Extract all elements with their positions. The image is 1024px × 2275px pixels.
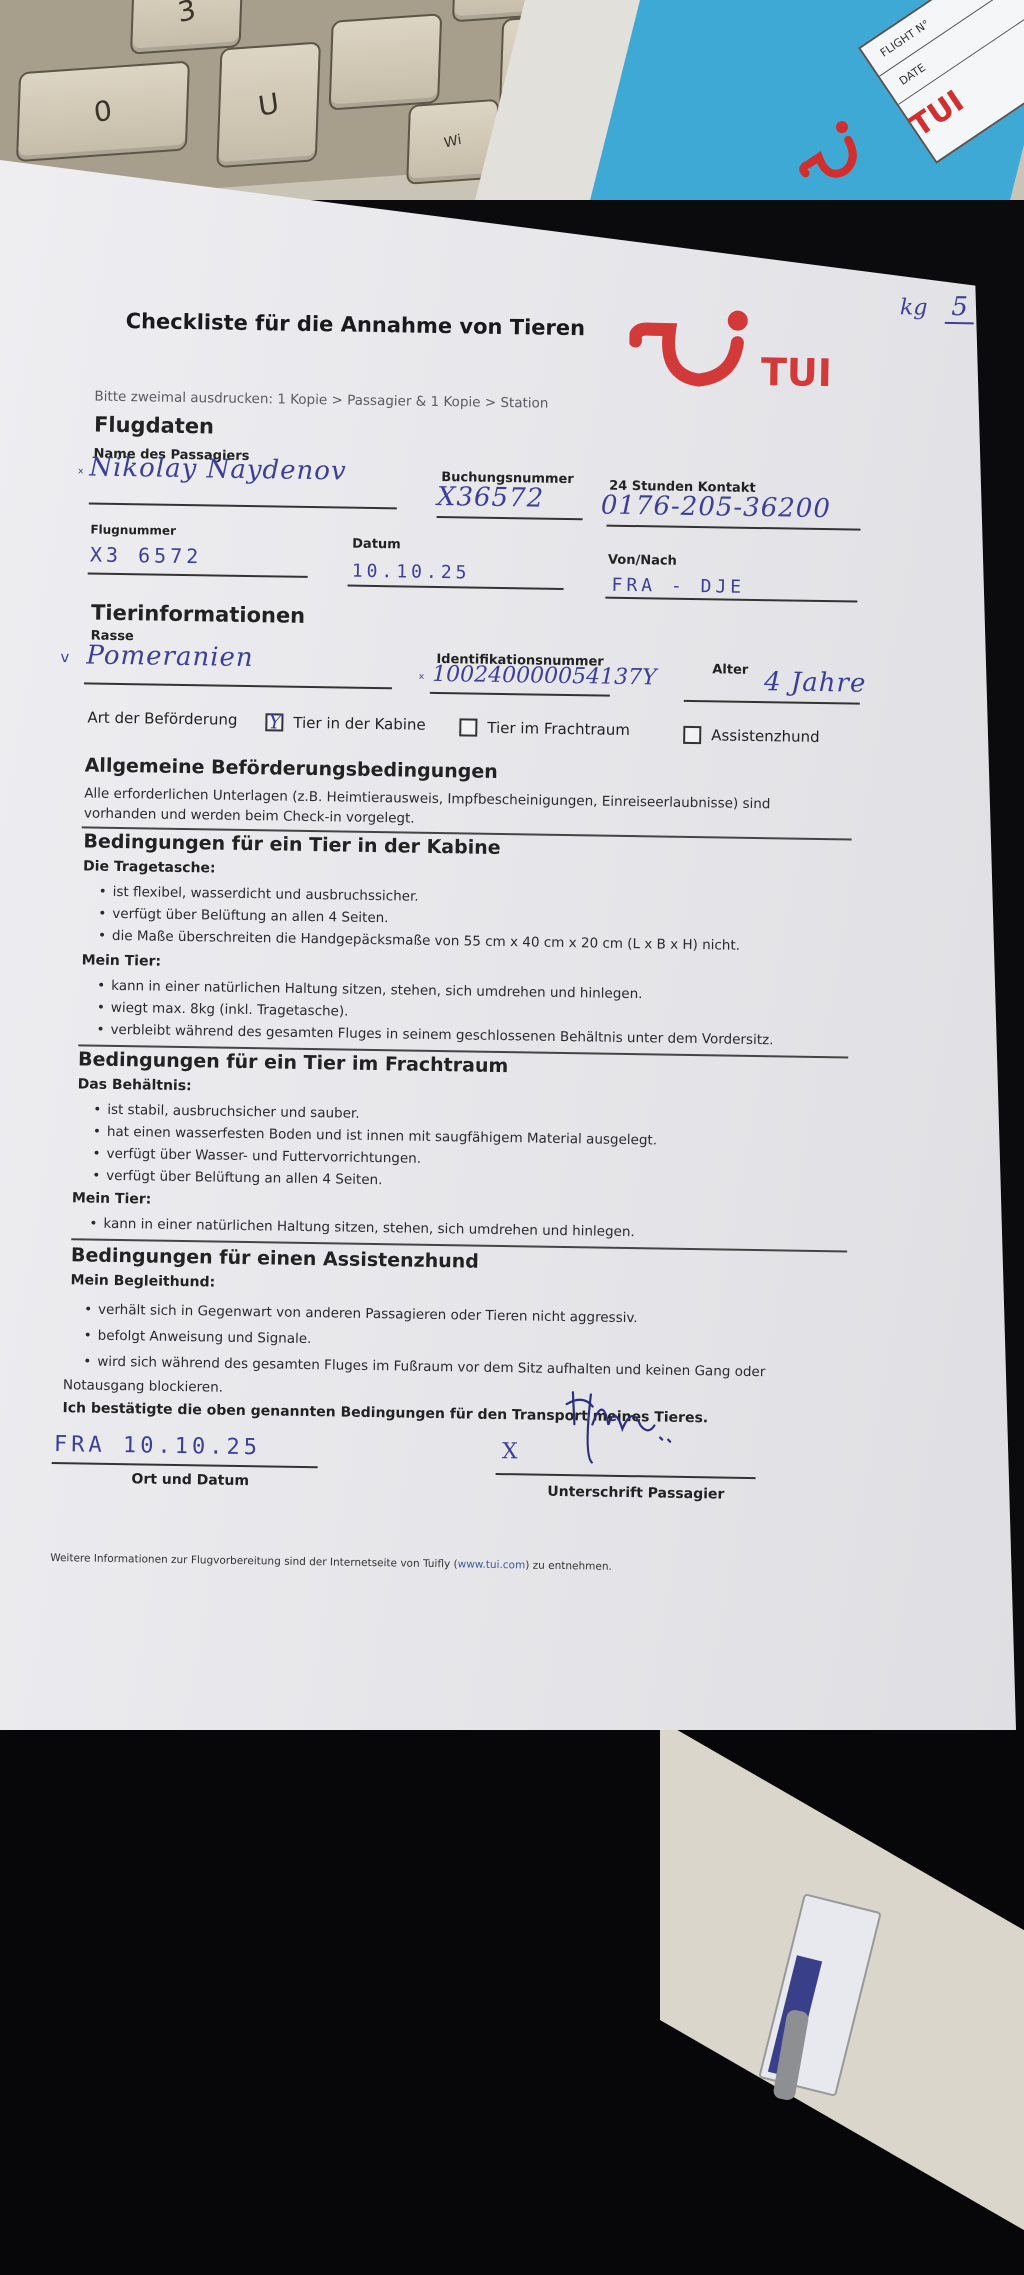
passenger-name-field[interactable]: Nikolay Naydenov [89, 452, 347, 486]
id-number-line [430, 692, 610, 697]
option-cabin[interactable]: Tier in der Kabine [265, 713, 426, 734]
bag-requirements-list: ist flexibel, wasserdicht und ausbruchss… [98, 881, 741, 957]
age-label: Alter [712, 662, 748, 678]
signature-line [496, 1473, 756, 1479]
flight-number-field[interactable]: X3 6572 [90, 543, 203, 569]
booking-number-field[interactable]: X36572 [437, 482, 545, 514]
tui-logo-icon: TUI [628, 305, 870, 409]
transport-type-label: Art der Beförderung [87, 708, 237, 728]
signature-scribble-icon [562, 1384, 683, 1466]
signature-label: Unterschrift Passagier [547, 1484, 724, 1503]
footer-note: Weitere Informationen zur Flugvorbereitu… [50, 1552, 612, 1573]
option-assistance-dog[interactable]: Assistenzhund [683, 726, 820, 746]
option-assistance-dog-label: Assistenzhund [711, 726, 820, 746]
cabin-animal-subheading: Mein Tier: [82, 952, 162, 969]
document-title: Checkliste für die Annahme von Tieren [125, 309, 585, 340]
passenger-name-line [89, 502, 397, 509]
weight-value: 5 [945, 292, 974, 324]
age-field[interactable]: 4 Jahre [764, 667, 867, 699]
place-date-line [52, 1462, 318, 1468]
dog-subheading: Mein Begleithund: [70, 1272, 215, 1290]
container-requirements-list: ist stabil, ausbruchsicher und sauber. h… [92, 1099, 658, 1196]
contact-field[interactable]: 0176-205-36200 [601, 491, 832, 525]
age-line [684, 700, 860, 705]
booking-number-line [437, 516, 583, 520]
footer-text-end: ) zu entnehmen. [525, 1559, 612, 1572]
place-date-field[interactable]: FRA 10.10.25 [54, 1432, 261, 1460]
footer-text: Weitere Informationen zur Flugvorbereitu… [50, 1552, 458, 1570]
option-cargo[interactable]: Tier im Frachtraum [459, 718, 630, 739]
checklist-document: Checkliste für die Annahme von Tieren TU… [0, 0, 1024, 1735]
route-field[interactable]: FRA - DJE [611, 575, 745, 598]
date-line [348, 585, 564, 590]
check-mark: ˣ [418, 670, 425, 688]
date-label: Datum [352, 537, 401, 553]
flight-number-label: Flugnummer [90, 523, 176, 538]
bag-subheading: Die Tragetasche: [83, 858, 216, 876]
route-label: Von/Nach [608, 553, 677, 569]
dog-item-continuation: Notausgang blockieren. [63, 1376, 223, 1398]
cargo-conditions-heading: Bedingungen für ein Tier im Frachtraum [78, 1048, 509, 1077]
checkbox-assistance-dog[interactable] [683, 726, 701, 744]
print-hint: Bitte zweimal ausdrucken: 1 Kopie > Pass… [94, 389, 548, 412]
cargo-animal-list: kann in einer natürlichen Haltung sitzen… [89, 1213, 635, 1244]
place-date-label: Ort und Datum [131, 1471, 249, 1489]
breed-field[interactable]: Pomeranien [86, 640, 254, 673]
contact-line [607, 525, 861, 531]
cabin-animal-list: kann in einer natürlichen Haltung sitzen… [96, 975, 774, 1052]
option-cargo-label: Tier im Frachtraum [487, 719, 630, 739]
transport-type-text: Art der Beförderung [87, 708, 237, 728]
id-number-field[interactable]: 100240000054137Y [432, 662, 657, 691]
assistance-dog-heading: Bedingungen für einen Assistenzhund [71, 1244, 479, 1272]
container-subheading: Das Behältnis: [78, 1076, 192, 1094]
flight-number-line [88, 572, 308, 577]
svg-text:TUI: TUI [761, 350, 833, 395]
option-cabin-label: Tier in der Kabine [293, 714, 426, 734]
flight-data-heading: Flugdaten [94, 413, 214, 439]
animal-info-heading: Tierinformationen [91, 601, 305, 628]
check-mark: ˣ [77, 464, 84, 482]
cargo-animal-subheading: Mein Tier: [72, 1190, 152, 1207]
weight-unit: kg [900, 295, 928, 320]
signature-mark: X [502, 1439, 519, 1464]
dog-requirements-list: verhält sich in Gegenwart von anderen Pa… [83, 1297, 766, 1386]
checkbox-cabin[interactable] [265, 713, 283, 731]
footer-link[interactable]: www.tui.com [458, 1558, 526, 1571]
check-mark: v [60, 648, 69, 666]
cabin-conditions-heading: Bedingungen für ein Tier in der Kabine [83, 830, 500, 859]
date-field[interactable]: 10.10.25 [352, 561, 471, 584]
general-conditions-line-2: vorhanden und werden beim Check-in vorge… [84, 804, 415, 828]
checkbox-cargo[interactable] [459, 718, 477, 736]
list-item: kann in einer natürlichen Haltung sitzen… [89, 1213, 635, 1244]
breed-line [84, 682, 392, 689]
general-conditions-heading: Allgemeine Beförderungsbedingungen [85, 754, 498, 782]
weight-note: kg5 [900, 291, 974, 322]
